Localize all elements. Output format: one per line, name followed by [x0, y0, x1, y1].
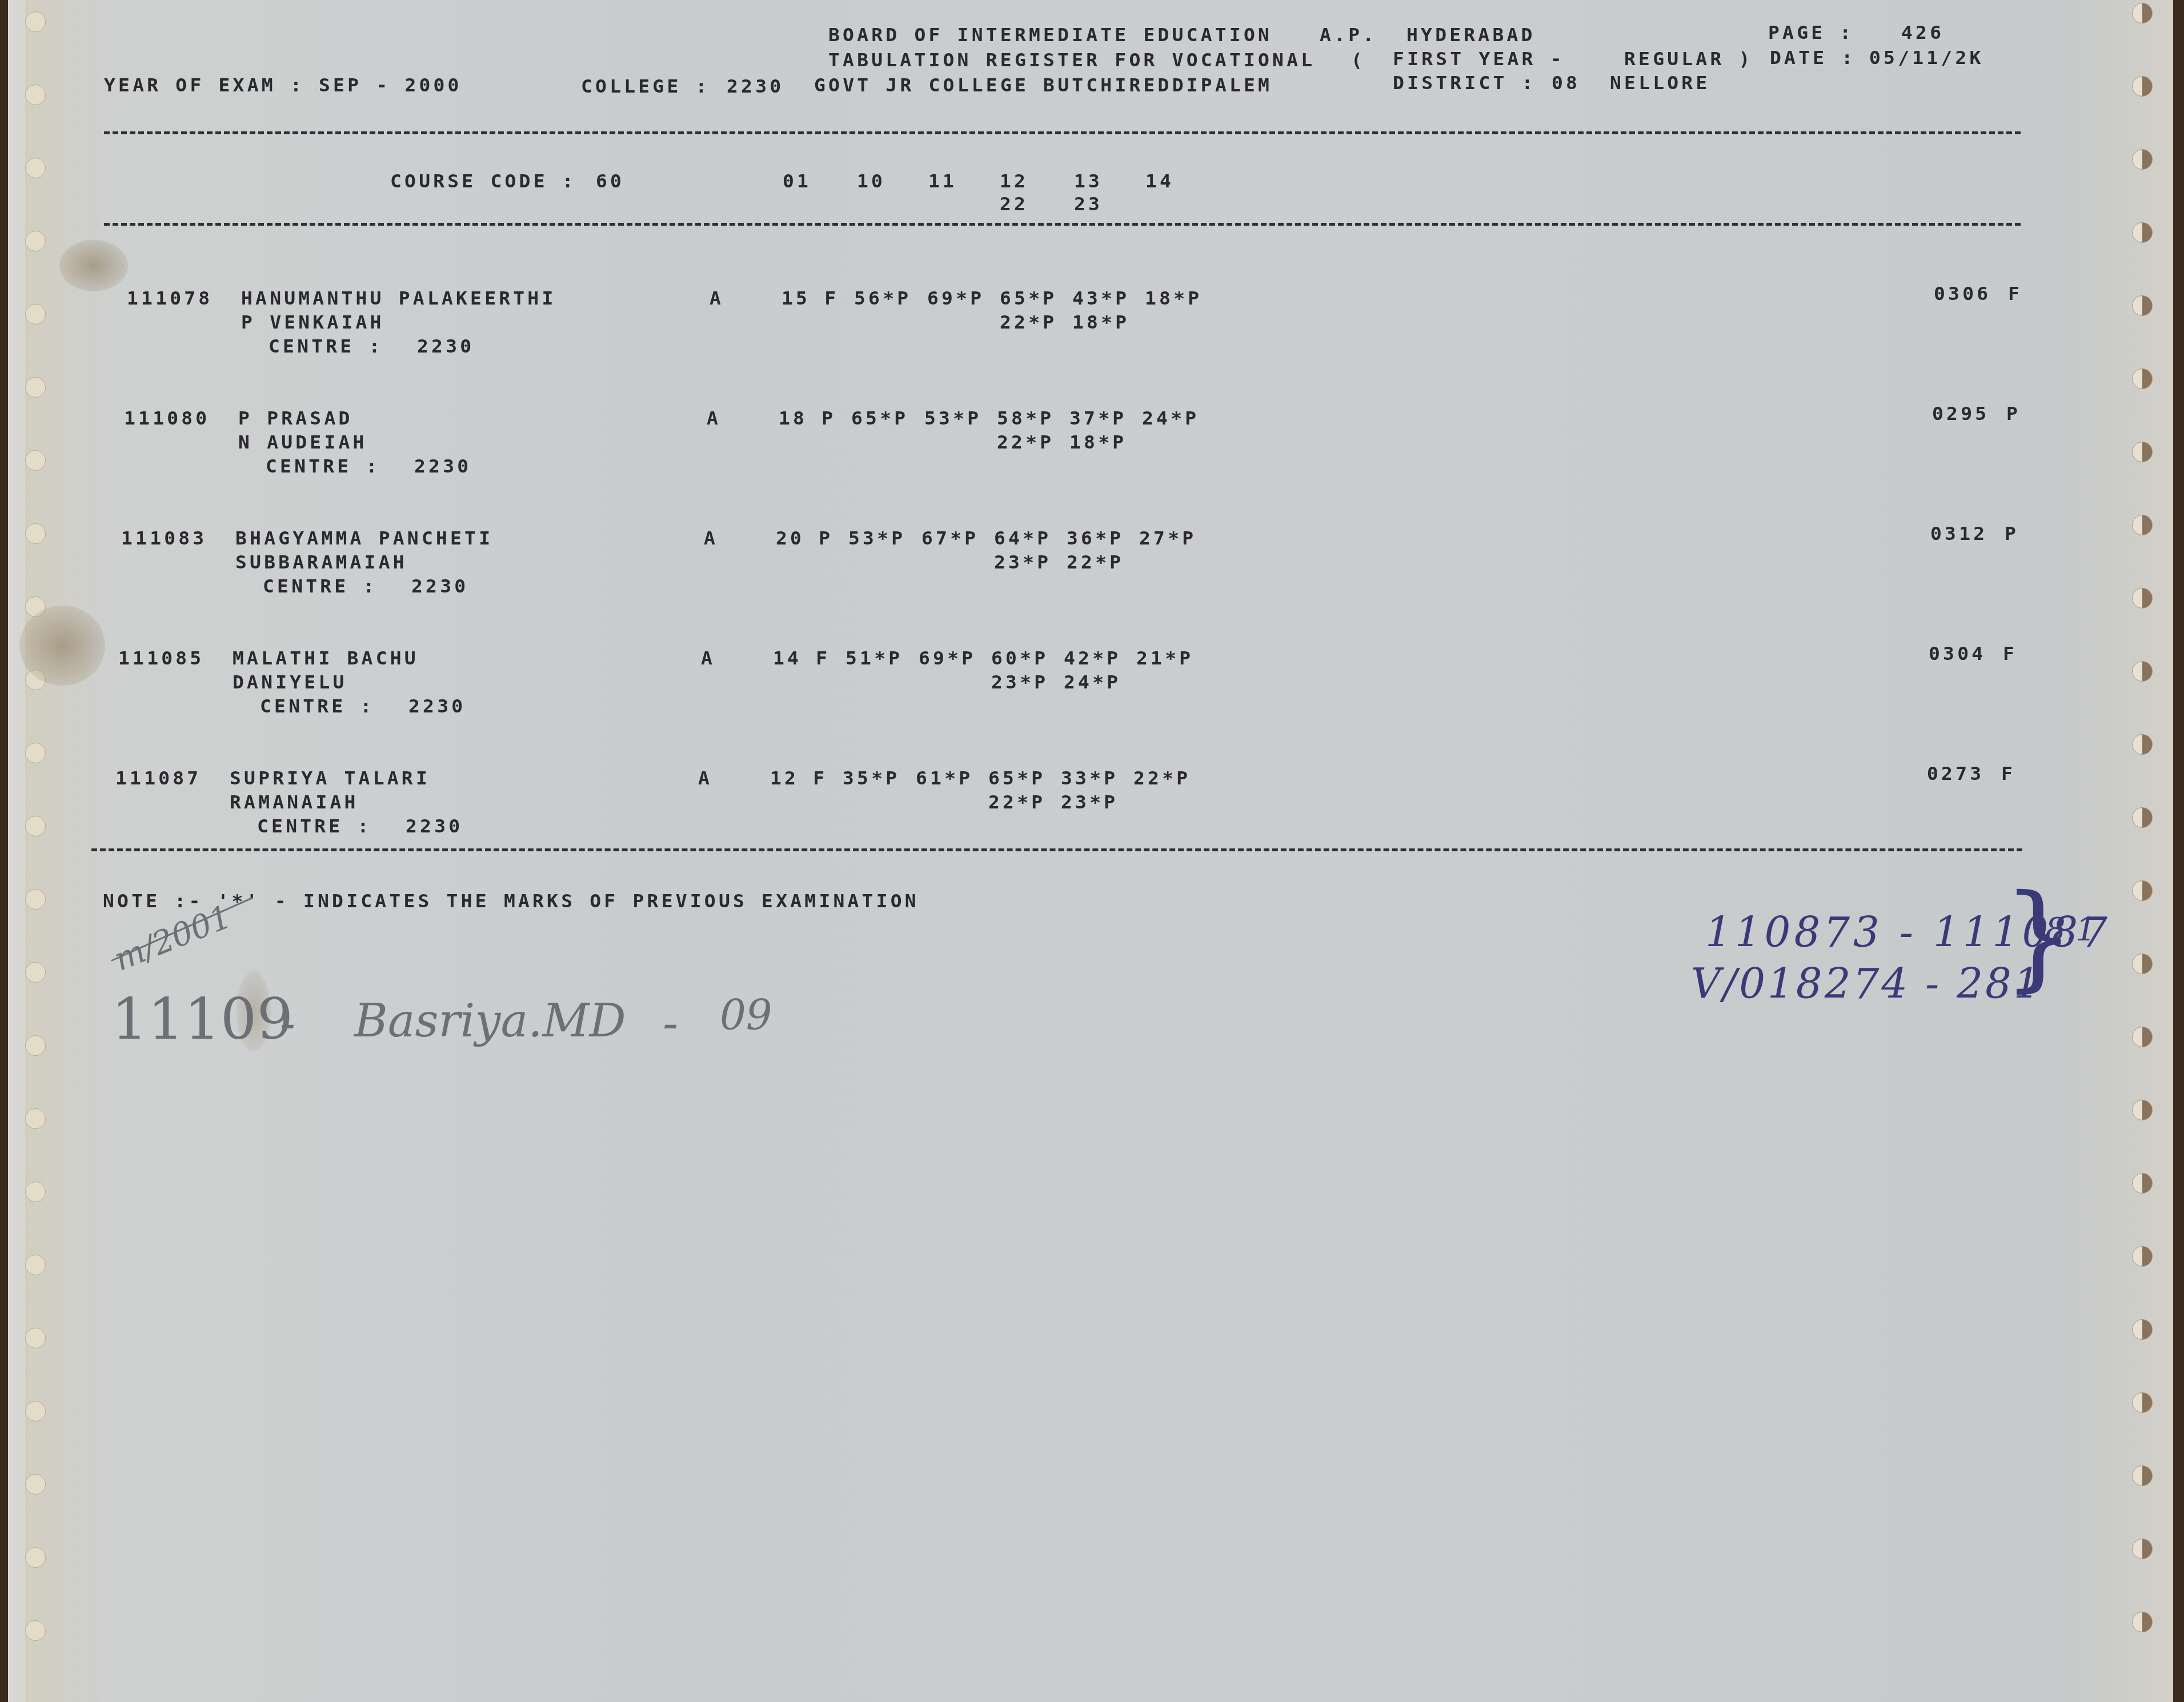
ink-initials: 8.1 — [2045, 911, 2096, 948]
date-label: DATE : — [1770, 48, 1856, 67]
mark: 42*P — [1064, 648, 1121, 668]
city: HYDERABAD — [1406, 25, 1536, 45]
subject-code: 22 — [1000, 194, 1028, 214]
tractor-hole-icon — [2132, 222, 2153, 243]
mark: 18*P — [1072, 313, 1129, 332]
student-name: HANUMANTHU PALAKEERTHI — [241, 289, 556, 308]
tractor-hole-icon — [25, 304, 46, 325]
medium: A — [710, 289, 724, 308]
tractor-hole-icon — [25, 377, 46, 398]
mark: 22*P — [997, 432, 1054, 452]
mark: 15 F — [782, 289, 839, 308]
district-label: DISTRICT : — [1393, 73, 1536, 93]
tractor-hole-icon — [2132, 588, 2153, 608]
tractor-hole-icon — [2132, 880, 2153, 901]
tractor-hole-icon — [2132, 149, 2153, 170]
tractor-hole-icon — [25, 889, 46, 910]
mark: 69*P — [927, 289, 984, 308]
mark: 37*P — [1069, 409, 1127, 428]
tractor-hole-icon — [2132, 1539, 2153, 1559]
mark: 53*P — [848, 528, 905, 548]
mark: 23*P — [994, 552, 1051, 572]
result: P — [2006, 404, 2021, 423]
mark: 61*P — [916, 768, 973, 788]
centre-label: CENTRE : — [263, 576, 378, 596]
result: F — [2001, 764, 2015, 783]
year-of-exam-label: YEAR OF EXAM : — [104, 75, 304, 95]
subject-code: 01 — [783, 171, 811, 191]
pencil-code: 09 — [720, 991, 772, 1039]
mark: 65*P — [1000, 289, 1057, 308]
mark: 27*P — [1139, 528, 1196, 548]
tractor-hole-icon — [2132, 1392, 2153, 1413]
mark: 23*P — [991, 672, 1048, 692]
pencil-dash: - — [280, 997, 295, 1050]
mark: 24*P — [1064, 672, 1121, 692]
result: F — [2003, 644, 2017, 663]
district-code: 08 — [1552, 73, 1580, 93]
tractor-hole-icon — [25, 1474, 46, 1495]
subject-code: 12 — [1000, 171, 1028, 191]
tractor-hole-icon — [25, 85, 46, 105]
mark: 60*P — [991, 648, 1048, 668]
mark: 33*P — [1061, 768, 1118, 788]
tractor-hole-icon — [25, 1255, 46, 1275]
college-label: COLLEGE : — [581, 77, 710, 96]
mark: 21*P — [1136, 648, 1193, 668]
divider — [91, 848, 2022, 851]
medium: A — [707, 409, 721, 428]
tractor-hole-icon — [2132, 295, 2153, 316]
pencil-name: Basriya.MD — [354, 994, 626, 1047]
subject-code: 13 — [1074, 171, 1103, 191]
tractor-hole-icon — [2132, 3, 2153, 23]
mark: 18 P — [779, 409, 836, 428]
centre-label: CENTRE : — [266, 456, 380, 476]
father-name: N AUDEIAH — [238, 432, 367, 452]
ink-range-line2: V/018274 - 281 — [1691, 960, 2042, 1008]
mark: 18*P — [1069, 432, 1127, 452]
centre-code: 2230 — [406, 816, 463, 836]
mark: 14 F — [773, 648, 830, 668]
tractor-hole-icon — [25, 816, 46, 836]
mark: 22*P — [988, 792, 1045, 812]
tractor-hole-icon — [25, 1108, 46, 1129]
stain — [59, 240, 128, 291]
page-label: PAGE : — [1768, 23, 1854, 42]
mark: 12 F — [770, 768, 827, 788]
father-name: SUBBARAMAIAH — [235, 552, 407, 572]
hall-ticket: 111078 — [127, 289, 213, 308]
result: P — [2005, 524, 2019, 543]
course-code: 60 — [596, 171, 624, 191]
mark: 65*P — [851, 409, 908, 428]
student-name: MALATHI BACHU — [233, 648, 419, 668]
mark: 23*P — [1061, 792, 1118, 812]
mark: 20 P — [776, 528, 833, 548]
tractor-hole-icon — [2132, 734, 2153, 755]
page-number: 426 — [1901, 23, 1944, 42]
tractor-hole-icon — [25, 1328, 46, 1348]
tractor-hole-icon — [2132, 369, 2153, 389]
tractor-hole-icon — [2132, 1612, 2153, 1632]
student-name: SUPRIYA TALARI — [230, 768, 430, 788]
total-marks: 0312 — [1930, 524, 1987, 543]
mark: 64*P — [994, 528, 1051, 548]
total-marks: 0295 — [1932, 404, 1989, 423]
tractor-hole-icon — [25, 11, 46, 32]
tractor-hole-icon — [25, 1182, 46, 1202]
mark: 36*P — [1067, 528, 1124, 548]
tractor-hole-icon — [25, 523, 46, 544]
father-name: DANIYELU — [233, 672, 347, 692]
mark: 58*P — [997, 409, 1054, 428]
subject-code: 14 — [1145, 171, 1174, 191]
result: F — [2008, 284, 2022, 303]
hall-ticket: 111087 — [115, 768, 201, 788]
tractor-hole-icon — [2132, 1246, 2153, 1267]
medium: A — [698, 768, 712, 788]
year-of-exam: SEP - 2000 — [319, 75, 462, 95]
centre-label: CENTRE : — [260, 696, 375, 716]
medium: A — [704, 528, 718, 548]
student-name: P PRASAD — [238, 409, 353, 428]
tractor-hole-icon — [2132, 1100, 2153, 1120]
father-name: P VENKAIAH — [241, 313, 384, 332]
college-name: GOVT JR COLLEGE BUTCHIREDDIPALEM — [814, 75, 1272, 95]
mark: 22*P — [1067, 552, 1124, 572]
tractor-hole-icon — [2132, 1173, 2153, 1194]
mark: 67*P — [921, 528, 979, 548]
tractor-hole-icon — [2132, 515, 2153, 535]
hall-ticket: 111083 — [121, 528, 207, 548]
divider — [104, 223, 2021, 226]
tractor-hole-icon — [2132, 954, 2153, 974]
father-name: RAMANAIAH — [230, 792, 359, 812]
tractor-hole-icon — [25, 450, 46, 471]
tractor-hole-icon — [25, 231, 46, 251]
tractor-hole-icon — [25, 1620, 46, 1641]
course-code-label: COURSE CODE : — [390, 171, 576, 191]
tractor-hole-icon — [25, 1547, 46, 1568]
centre-label: CENTRE : — [257, 816, 372, 836]
divider — [104, 131, 2021, 134]
register-title: TABULATION REGISTER FOR VOCATIONAL — [828, 50, 1315, 70]
mark: 51*P — [845, 648, 903, 668]
mark: 22*P — [1133, 768, 1191, 788]
tractor-hole-icon — [2132, 1027, 2153, 1047]
tractor-hole-icon — [2132, 807, 2153, 828]
centre-code: 2230 — [411, 576, 468, 596]
mark: 65*P — [988, 768, 1045, 788]
tractor-hole-icon — [25, 1035, 46, 1056]
mark: 35*P — [843, 768, 900, 788]
hall-ticket: 111085 — [118, 648, 204, 668]
year-type: FIRST YEAR - — [1393, 49, 1565, 69]
subject-code: 10 — [857, 171, 885, 191]
pencil-entry: 11109 — [111, 986, 293, 1052]
centre-label: CENTRE : — [269, 337, 383, 356]
state: A.P. — [1320, 25, 1377, 45]
exam-type: REGULAR ) — [1624, 49, 1753, 69]
subject-code: 23 — [1074, 194, 1103, 214]
mark: 69*P — [919, 648, 976, 668]
district-name: NELLORE — [1610, 73, 1710, 93]
stain — [19, 606, 105, 686]
date-value: 05/11/2K — [1869, 48, 1984, 67]
total-marks: 0306 — [1934, 284, 1991, 303]
subject-code: 11 — [928, 171, 957, 191]
hall-ticket: 111080 — [124, 409, 210, 428]
tractor-hole-icon — [2132, 1319, 2153, 1340]
tractor-hole-icon — [2132, 1465, 2153, 1486]
centre-code: 2230 — [417, 337, 474, 356]
tractor-hole-icon — [25, 158, 46, 178]
mark: 53*P — [924, 409, 981, 428]
mark: 18*P — [1145, 289, 1202, 308]
total-marks: 0273 — [1927, 764, 1984, 783]
mark: 22*P — [1000, 313, 1057, 332]
student-name: BHAGYAMMA PANCHETI — [235, 528, 493, 548]
college-code: 2230 — [727, 77, 784, 96]
tractor-hole-icon — [2132, 442, 2153, 462]
tractor-hole-icon — [2132, 76, 2153, 97]
tractor-hole-icon — [2132, 661, 2153, 682]
mark: 56*P — [854, 289, 911, 308]
medium: A — [701, 648, 715, 668]
open-paren: ( — [1351, 50, 1365, 70]
pencil-dash2: - — [663, 997, 678, 1050]
centre-code: 2230 — [414, 456, 471, 476]
tractor-hole-icon — [25, 962, 46, 983]
tractor-hole-icon — [25, 743, 46, 763]
mark: 43*P — [1072, 289, 1129, 308]
tractor-hole-icon — [25, 1401, 46, 1421]
mark: 24*P — [1142, 409, 1199, 428]
centre-code: 2230 — [408, 696, 466, 716]
board-title: BOARD OF INTERMEDIATE EDUCATION — [828, 25, 1272, 45]
total-marks: 0304 — [1929, 644, 1986, 663]
